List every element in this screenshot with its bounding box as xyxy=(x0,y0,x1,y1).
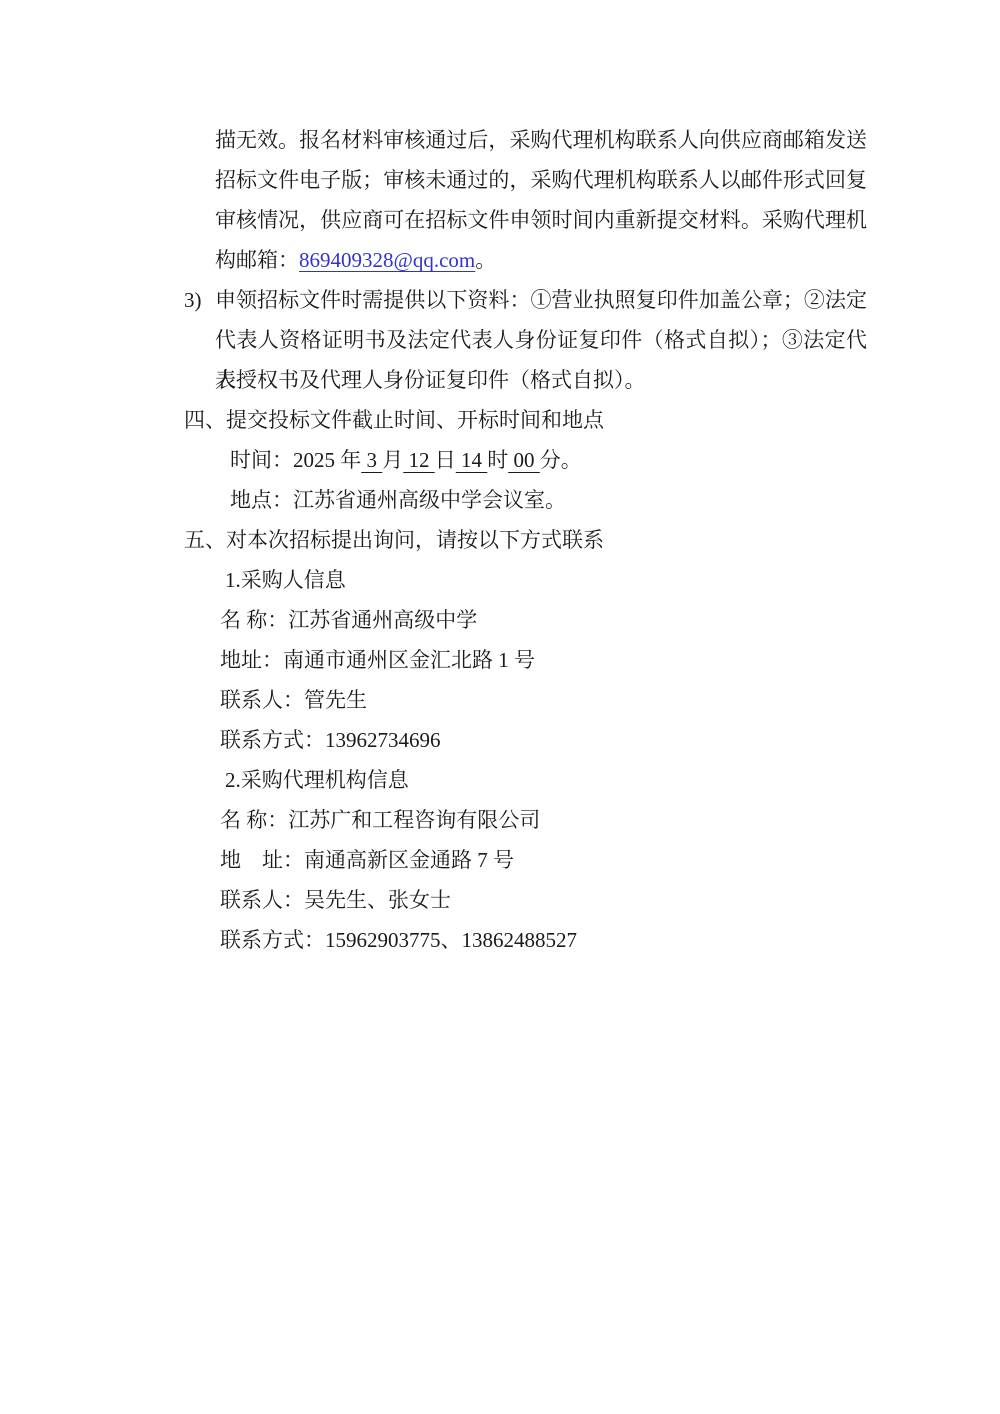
agency-email-suffix: 。 xyxy=(475,248,496,272)
bid-time-hour-unit: 时 xyxy=(487,448,508,472)
agency-info-heading: 2.采购代理机构信息 xyxy=(225,760,867,800)
agency-contact-row: 联系人：吴先生、张女士 xyxy=(220,880,867,920)
purchaser-contact-row: 联系人：管先生 xyxy=(220,680,867,720)
agency-email-link[interactable]: 869409328@qq.com xyxy=(299,248,475,272)
bid-time-day-unit: 日 xyxy=(435,448,456,472)
intro-paragraph-line: 描无效。报名材料审核通过后，采购代理机构联系人向供应商邮箱发送 xyxy=(215,120,867,160)
list-item-3-line: 人授权书及代理人身份证复印件（格式自拟）。 xyxy=(215,360,867,400)
purchaser-address-row: 地址：南通市通州区金汇北路 1 号 xyxy=(220,640,867,680)
agency-address-row: 地 址：南通高新区金通路 7 号 xyxy=(220,840,867,880)
bid-time-line: 时间：2025 年 3 月 12 日 14 时 00 分。 xyxy=(230,440,867,480)
section4-marker: 四、 xyxy=(184,408,226,432)
agency-email-label: 构邮箱： xyxy=(215,248,299,272)
bid-time-minute-value: 00 xyxy=(508,448,540,472)
bid-time-minute-unit: 分。 xyxy=(540,448,582,472)
bid-place-line: 地点：江苏省通州高级中学会议室。 xyxy=(230,480,867,520)
agency-phone-row: 联系方式：15962903775、13862488527 xyxy=(220,920,867,960)
bid-time-year: 2025 年 xyxy=(293,448,361,472)
purchaser-info-heading: 1.采购人信息 xyxy=(225,560,867,600)
bid-time-day-value: 12 xyxy=(403,448,435,472)
purchaser-name-row: 名 称：江苏省通州高级中学 xyxy=(220,600,867,640)
bid-time-month-unit: 月 xyxy=(382,448,403,472)
bid-time-label: 时间： xyxy=(230,448,293,472)
list-item-3-line: 代表人资格证明书及法定代表人身份证复印件（格式自拟）；③法定代表 xyxy=(215,320,867,360)
intro-paragraph-line: 招标文件电子版；审核未通过的，采购代理机构联系人以邮件形式回复 xyxy=(215,160,867,200)
bid-time-month-value: 3 xyxy=(361,448,382,472)
purchaser-phone-row: 联系方式：13962734696 xyxy=(220,720,867,760)
agency-email-line: 构邮箱：869409328@qq.com。 xyxy=(215,240,867,280)
section5-heading: 五、对本次招标提出询问，请按以下方式联系 xyxy=(184,520,867,560)
agency-name-row: 名 称：江苏广和工程咨询有限公司 xyxy=(220,800,867,840)
section4-heading: 四、提交投标文件截止时间、开标时间和地点 xyxy=(184,400,867,440)
document-content: 描无效。报名材料审核通过后，采购代理机构联系人向供应商邮箱发送 招标文件电子版；… xyxy=(215,120,867,960)
list-item-3: 3) 申领招标文件时需提供以下资料：①营业执照复印件加盖公章；②法定 代表人资格… xyxy=(215,280,867,400)
list-item-3-marker: 3) xyxy=(184,280,202,320)
section4-title: 提交投标文件截止时间、开标时间和地点 xyxy=(226,408,604,432)
document-page: 描无效。报名材料审核通过后，采购代理机构联系人向供应商邮箱发送 招标文件电子版；… xyxy=(0,0,1000,1414)
bid-time-hour-value: 14 xyxy=(456,448,488,472)
list-item-3-line: 申领招标文件时需提供以下资料：①营业执照复印件加盖公章；②法定 xyxy=(215,280,867,320)
section5-title: 对本次招标提出询问，请按以下方式联系 xyxy=(226,528,604,552)
section5-marker: 五、 xyxy=(184,528,226,552)
intro-paragraph-line: 审核情况，供应商可在招标文件申领时间内重新提交材料。采购代理机 xyxy=(215,200,867,240)
